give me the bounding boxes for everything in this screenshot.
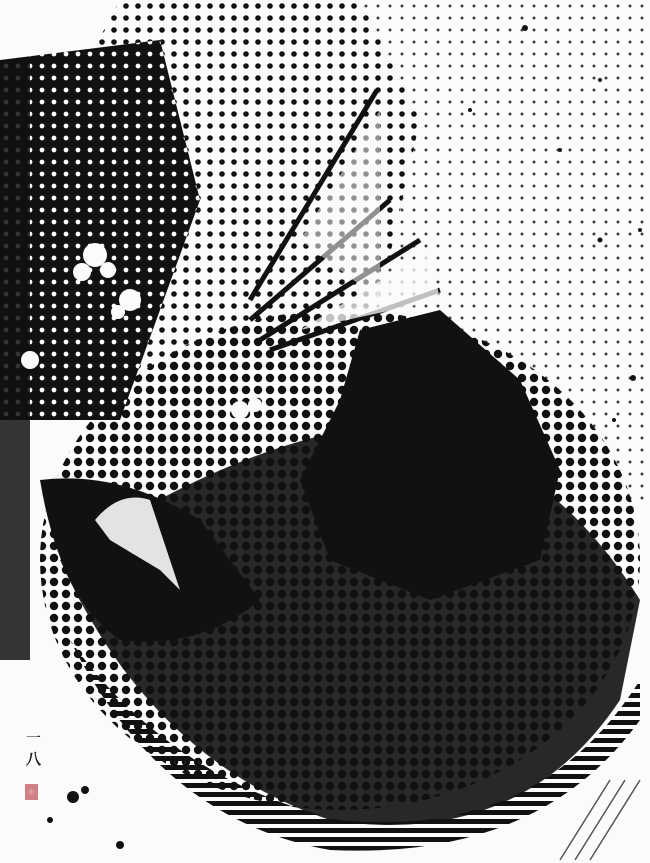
signature-line-2: 八: [26, 752, 41, 767]
halftone-artwork: [0, 0, 650, 863]
signature-line-1: 一: [26, 731, 41, 746]
red-seal-stamp: 印: [25, 784, 38, 800]
